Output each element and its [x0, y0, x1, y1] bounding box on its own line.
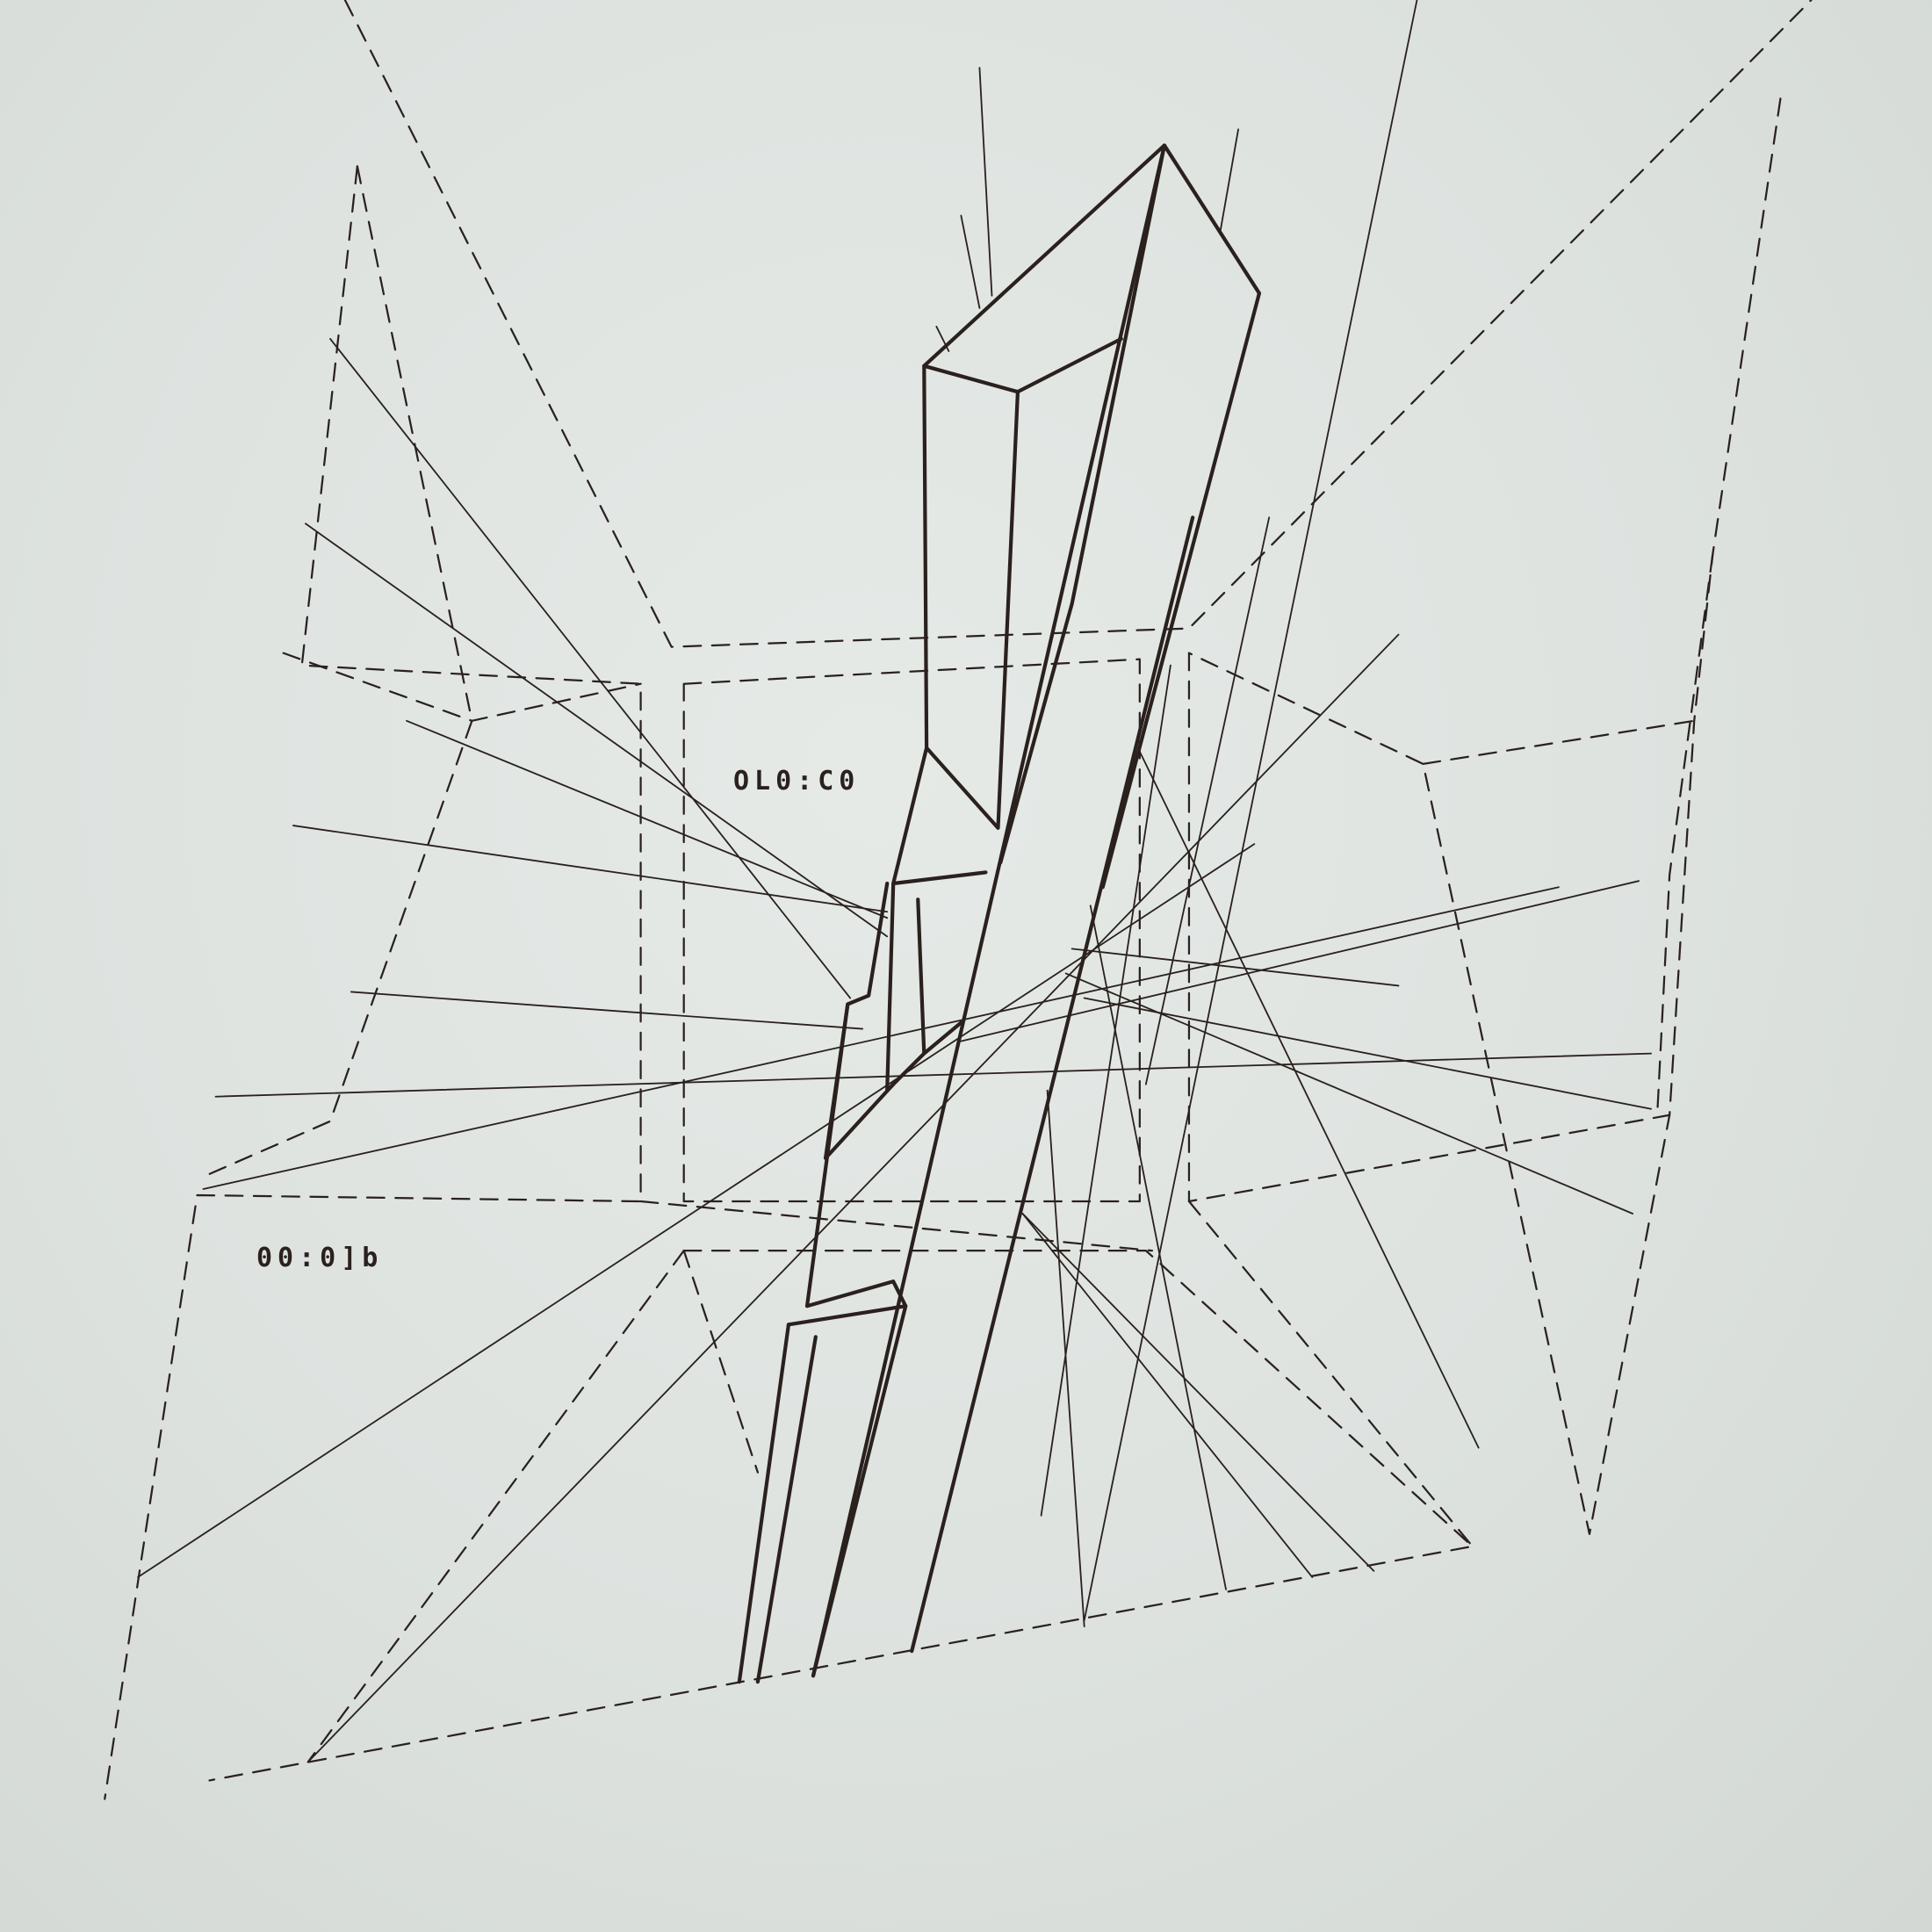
upper-digit-label: OL0:C0	[733, 766, 860, 797]
line-drawing	[0, 0, 1932, 1932]
crystal-prism	[739, 146, 1259, 1683]
lower-digit-label: 00:0]b	[256, 1243, 383, 1273]
dashed-room	[105, 0, 1811, 1799]
artwork-canvas: OL0:C0 00:0]b	[0, 0, 1932, 1932]
